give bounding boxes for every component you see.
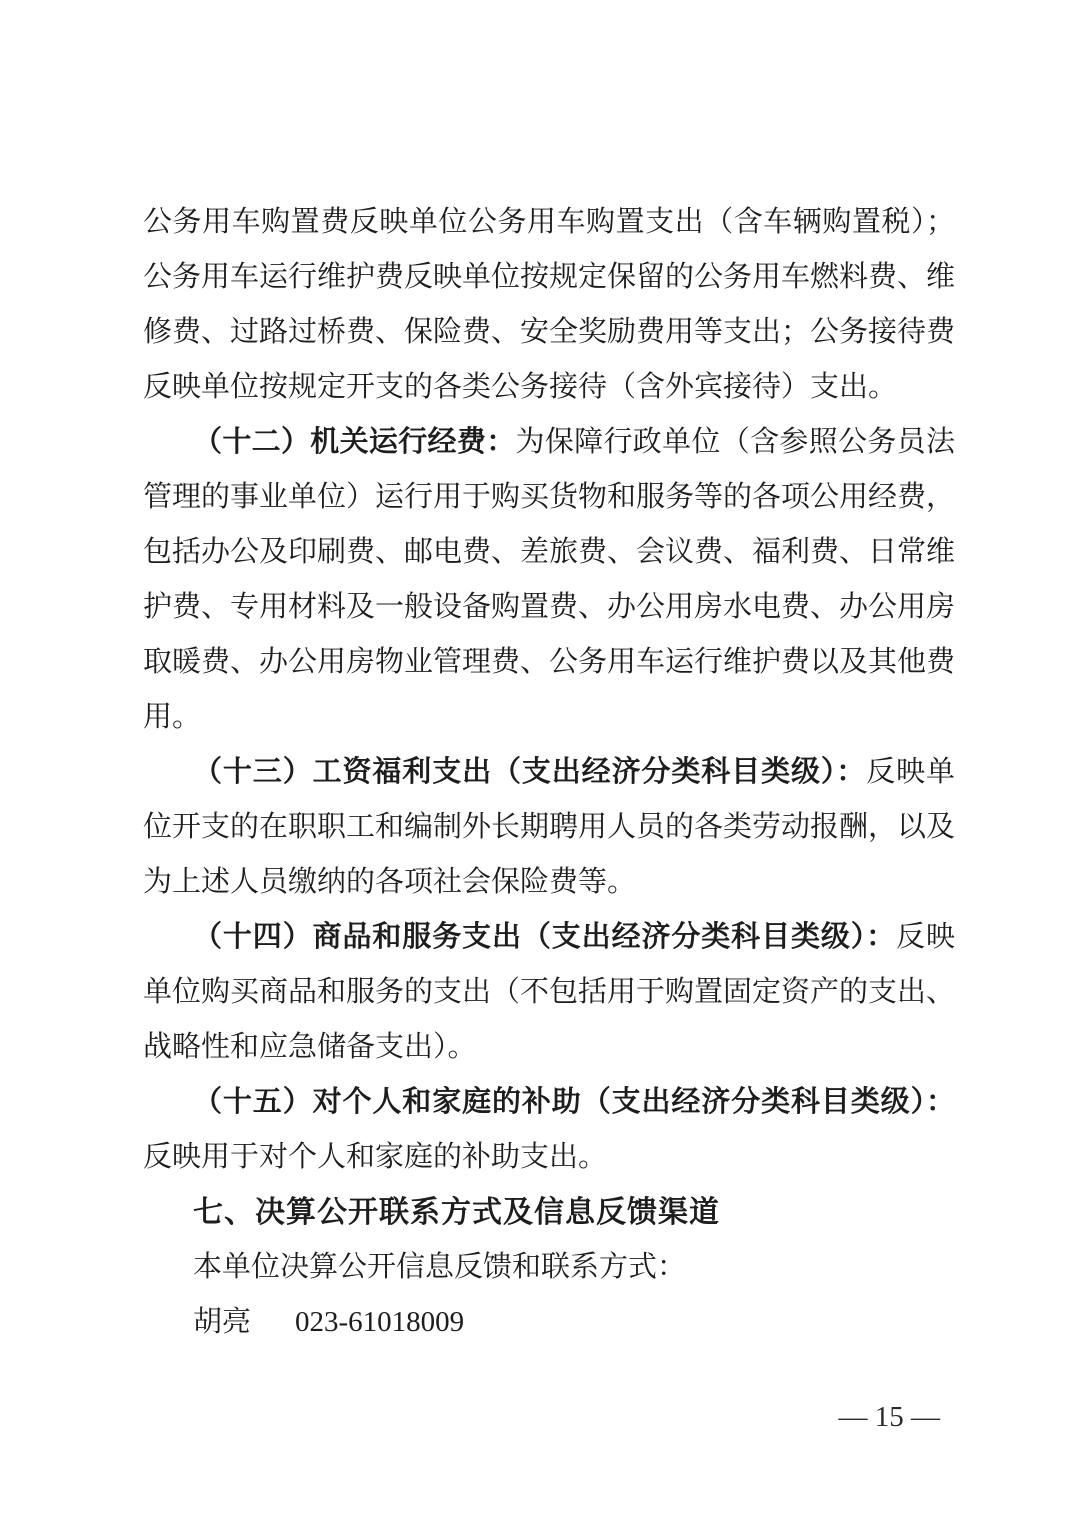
item-12-lead: （十二）机关运行经费： (193, 426, 516, 458)
contact-name: 胡亮 (193, 1306, 251, 1338)
contact-detail-line: 胡亮023-61018009 (143, 1295, 955, 1350)
text-line: 为上述人员缴纳的各项社会保险费等。 (143, 855, 955, 910)
item-14-lead: （十四）商品和服务支出（支出经济分类科目类级）： (193, 921, 896, 953)
paragraph-item-13-salary-welfare: （十三）工资福利支出（支出经济分类科目类级）：反映单 位开支的在职职工和编制外长… (143, 745, 955, 910)
text-line: （十四）商品和服务支出（支出经济分类科目类级）：反映 (143, 910, 955, 965)
text-line: 战略性和应急储备支出）。 (143, 1020, 955, 1075)
paragraph-vehicle-fees: 公务用车购置费反映单位公务用车购置支出（含车辆购置税）； 公务用车运行维护费反映… (143, 195, 955, 415)
text-line: 反映用于对个人和家庭的补助支出。 (143, 1130, 955, 1185)
text-line: 包括办公及印刷费、邮电费、差旅费、会议费、福利费、日常维 (143, 525, 955, 580)
text-line: 公务用车运行维护费反映单位按规定保留的公务用车燃料费、维 (143, 250, 955, 305)
text-line: 公务用车购置费反映单位公务用车购置支出（含车辆购置税）； (143, 195, 955, 250)
text-line: 管理的事业单位）运行用于购买货物和服务等的各项公用经费， (143, 470, 955, 525)
page-number: — 15 — (0, 1400, 940, 1434)
contact-phone: 023-61018009 (295, 1306, 464, 1338)
text-line: 护费、专用材料及一般设备购置费、办公用房水电费、办公用房 (143, 580, 955, 635)
document-body: 公务用车购置费反映单位公务用车购置支出（含车辆购置税）； 公务用车运行维护费反映… (143, 195, 955, 1350)
paragraph-item-14-goods-services: （十四）商品和服务支出（支出经济分类科目类级）：反映 单位购买商品和服务的支出（… (143, 910, 955, 1075)
text-line: 单位购买商品和服务的支出（不包括用于购置固定资产的支出、 (143, 965, 955, 1020)
item-15-lead: （十五）对个人和家庭的补助（支出经济分类科目类级）： (193, 1086, 955, 1118)
item-12-rest: 为保障行政单位（含参照公务员法 (516, 426, 955, 458)
text-line: （十二）机关运行经费：为保障行政单位（含参照公务员法 (143, 415, 955, 470)
text-line: 取暖费、办公用房物业管理费、公务用车运行维护费以及其他费 (143, 635, 955, 690)
text-line: 修费、过路过桥费、保险费、安全奖励费用等支出；公务接待费 (143, 305, 955, 360)
text-line: （十五）对个人和家庭的补助（支出经济分类科目类级）： (143, 1075, 955, 1130)
text-line: 用。 (143, 690, 955, 745)
item-13-lead: （十三）工资福利支出（支出经济分类科目类级）： (193, 756, 866, 788)
section-7-heading: 七、决算公开联系方式及信息反馈渠道 (143, 1185, 955, 1240)
paragraph-item-15-individual-family-subsidy: （十五）对个人和家庭的补助（支出经济分类科目类级）： 反映用于对个人和家庭的补助… (143, 1075, 955, 1185)
contact-intro-line: 本单位决算公开信息反馈和联系方式： (143, 1240, 955, 1295)
paragraph-item-12-agency-operating-costs: （十二）机关运行经费：为保障行政单位（含参照公务员法 管理的事业单位）运行用于购… (143, 415, 955, 745)
text-line: （十三）工资福利支出（支出经济分类科目类级）：反映单 (143, 745, 955, 800)
document-page: 公务用车购置费反映单位公务用车购置支出（含车辆购置税）； 公务用车运行维护费反映… (0, 0, 1075, 1520)
paragraph-contact: 本单位决算公开信息反馈和联系方式： 胡亮023-61018009 (143, 1240, 955, 1350)
item-13-rest: 反映单 (866, 756, 955, 788)
text-line: 位开支的在职职工和编制外长期聘用人员的各类劳动报酬，以及 (143, 800, 955, 855)
text-line: 反映单位按规定开支的各类公务接待（含外宾接待）支出。 (143, 360, 955, 415)
item-14-rest: 反映 (896, 921, 955, 953)
